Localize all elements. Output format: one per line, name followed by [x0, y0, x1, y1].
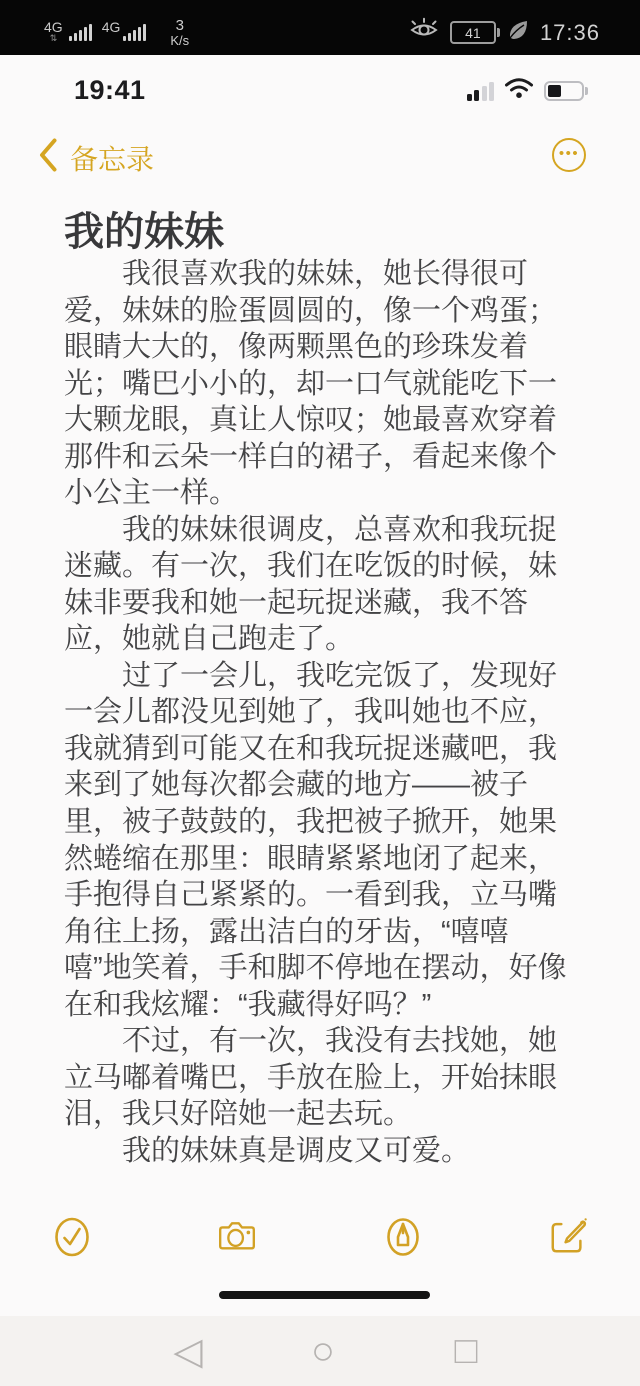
compose-button[interactable] — [548, 1215, 588, 1259]
note-paragraph[interactable]: 不过，有一次，我没有去找她，她立马嘟着嘴巴，手放在脸上，开始抹眼泪，我只好陪她一… — [64, 1023, 576, 1133]
ellipsis-icon: ••• — [559, 146, 579, 161]
sim1-network-type: 4G — [44, 20, 63, 34]
battery-percent: 41 — [465, 25, 481, 41]
checklist-button[interactable] — [52, 1215, 92, 1259]
network-speed-value: 3 — [170, 18, 189, 34]
wifi-icon — [504, 77, 534, 104]
signal-bars-icon — [123, 24, 146, 41]
camera-button[interactable] — [217, 1215, 257, 1259]
android-back-button[interactable]: ◁ — [158, 1316, 218, 1386]
back-button[interactable]: 备忘录 — [38, 137, 154, 178]
ios-status-icons — [467, 77, 585, 104]
battery-icon: 41 — [450, 21, 496, 44]
status-right-cluster: 41 17:36 — [408, 17, 600, 48]
notes-nav-bar: 备忘录 ••• — [0, 131, 640, 187]
note-title[interactable]: 我的妹妹 — [64, 200, 224, 257]
note-paragraph[interactable]: 我的妹妹很调皮，总喜欢和我玩捉迷藏。有一次，我们在吃饭的时候，妹妹非要我和她一起… — [64, 512, 576, 658]
phone-screen: 4G ⇅ 4G 3 K/s — [0, 0, 640, 1386]
markup-pen-button[interactable] — [383, 1215, 423, 1259]
ios-status-bar: 19:41 — [0, 69, 640, 113]
ios-battery-icon — [544, 81, 584, 101]
android-recents-button[interactable]: □ — [436, 1316, 496, 1386]
sim1-signal-icon: 4G ⇅ — [44, 24, 92, 41]
sim2-signal-icon: 4G — [102, 24, 147, 41]
android-status-bar: 4G ⇅ 4G 3 K/s — [0, 0, 640, 55]
notes-app-screenshot: 19:41 — [0, 55, 640, 1316]
power-saving-leaf-icon — [506, 18, 530, 47]
android-home-button[interactable]: ○ — [293, 1316, 353, 1386]
note-paragraph[interactable]: 过了一会儿，我吃完饭了，发现好一会儿都没见到她了，我叫她也不应，我就猜到可能又在… — [64, 658, 576, 1023]
cellular-signal-icon — [467, 81, 495, 101]
more-options-button[interactable]: ••• — [552, 138, 586, 172]
back-button-label: 备忘录 — [70, 138, 154, 178]
network-speed-unit: K/s — [170, 34, 189, 48]
home-indicator[interactable] — [219, 1291, 430, 1299]
ios-clock: 19:41 — [74, 75, 146, 106]
note-paragraph[interactable]: 我很喜欢我的妹妹，她长得很可爱，妹妹的脸蛋圆圆的，像一个鸡蛋；眼睛大大的，像两颗… — [64, 256, 576, 512]
notes-bottom-toolbar — [0, 1207, 640, 1267]
network-speed: 3 K/s — [170, 18, 189, 47]
note-body[interactable]: 我很喜欢我的妹妹，她长得很可爱，妹妹的脸蛋圆圆的，像一个鸡蛋；眼睛大大的，像两颗… — [64, 256, 576, 1169]
eye-comfort-icon — [408, 17, 440, 48]
chevron-left-icon — [38, 137, 58, 178]
status-left-cluster: 4G ⇅ 4G 3 K/s — [44, 18, 189, 47]
android-nav-bar: ◁ ○ □ — [0, 1316, 640, 1386]
clock: 17:36 — [540, 20, 600, 46]
note-paragraph[interactable]: 我的妹妹真是调皮又可爱。 — [64, 1133, 576, 1170]
signal-bars-icon — [69, 24, 92, 41]
sim2-network-type: 4G — [102, 20, 121, 34]
